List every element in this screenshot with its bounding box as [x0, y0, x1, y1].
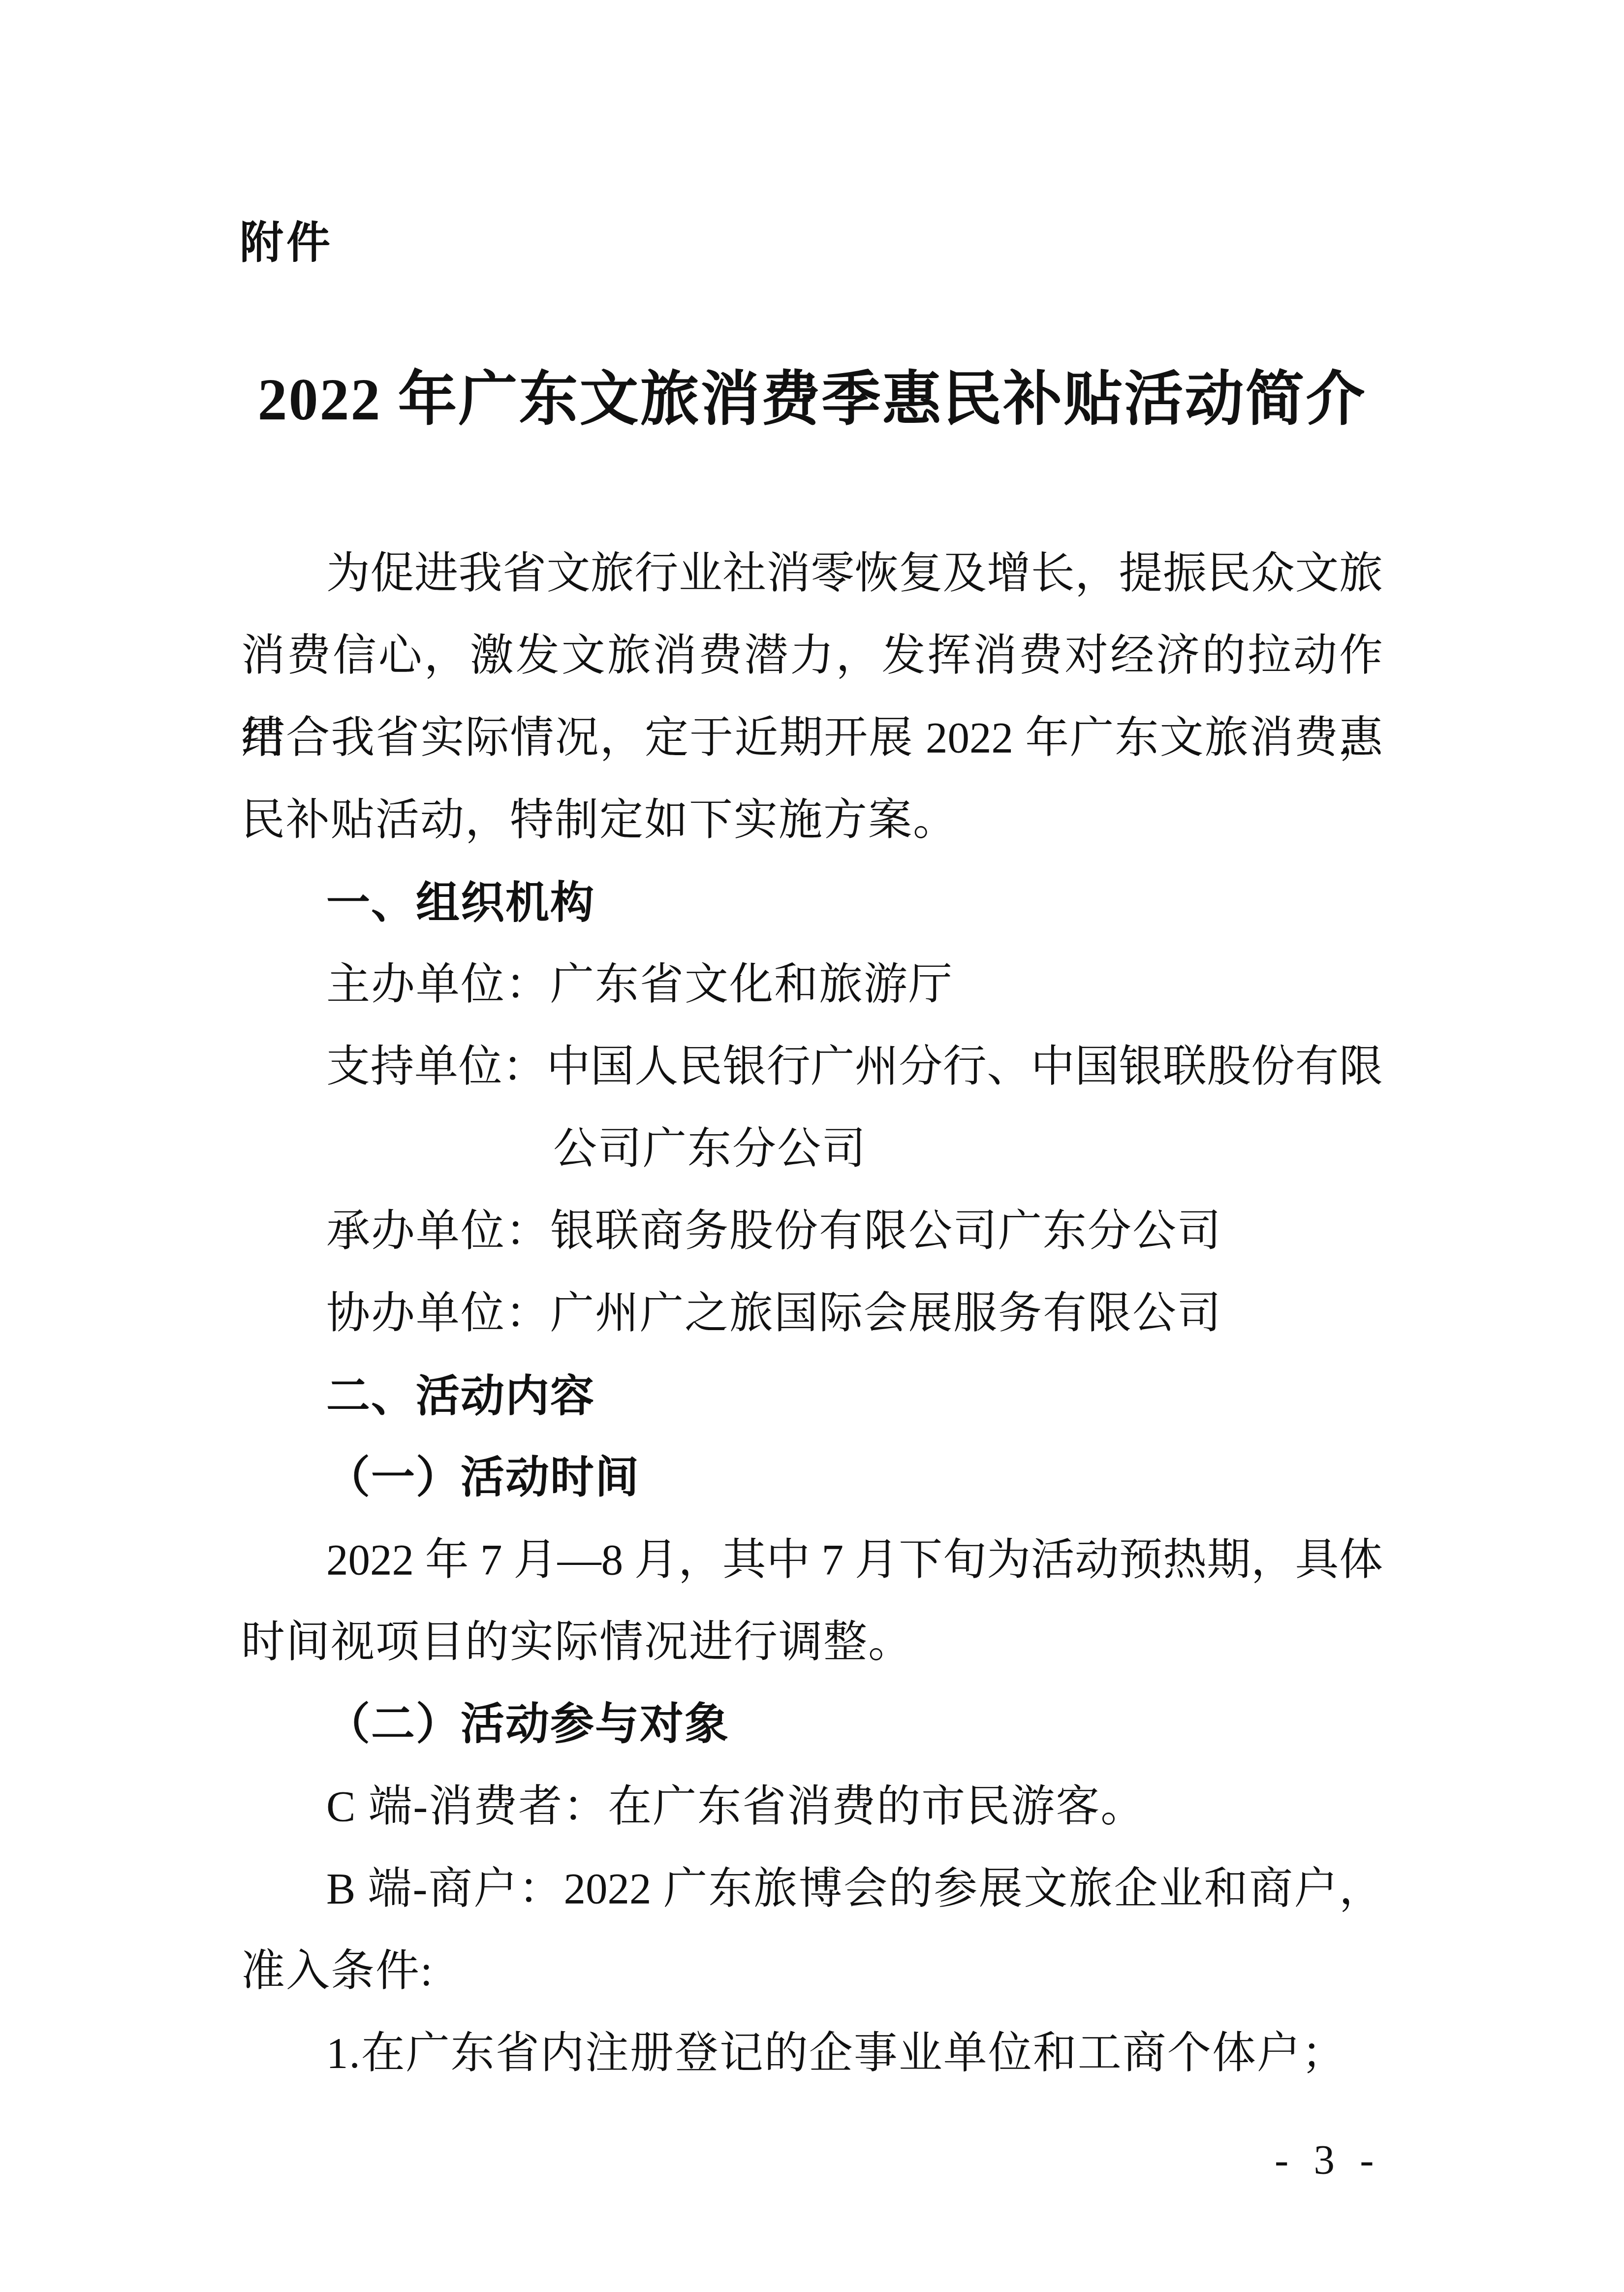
document-line: 为促进我省文旅行业社消零恢复及增长，提振民众文旅	[241, 533, 1383, 615]
document-line: 公司广东分公司	[241, 1108, 1383, 1190]
document-page: 附件 2022 年广东文旅消费季惠民补贴活动简介 为促进我省文旅行业社消零恢复及…	[0, 0, 1624, 2292]
document-line: 承办单位：银联商务股份有限公司广东分公司	[241, 1190, 1383, 1273]
document-line: 结合我省实际情况，定于近期开展 2022 年广东文旅消费惠	[241, 697, 1383, 779]
page-number: - 3 -	[1275, 2135, 1376, 2185]
document-line: 民补贴活动，特制定如下实施方案。	[241, 779, 1383, 861]
attachment-label: 附件	[240, 215, 333, 269]
document-line: （一）活动时间	[241, 1437, 1383, 1519]
document-line: C 端-消费者：在广东省消费的市民游客。	[241, 1766, 1383, 1848]
document-line: 主办单位：广东省文化和旅游厅	[241, 944, 1383, 1026]
document-line: 消费信心，激发文旅消费潜力，发挥消费对经济的拉动作用，	[241, 615, 1383, 697]
document-line: 支持单位：中国人民银行广州分行、中国银联股份有限	[241, 1026, 1383, 1108]
document-line: 时间视项目的实际情况进行调整。	[241, 1601, 1383, 1684]
document-line: 二、活动内容	[241, 1355, 1383, 1437]
document-line: 一、组织机构	[241, 861, 1383, 944]
page-title: 2022 年广东文旅消费季惠民补贴活动简介	[241, 365, 1383, 434]
document-line: 2022 年 7 月—8 月，其中 7 月下旬为活动预热期，具体	[241, 1519, 1383, 1601]
document-line: 协办单位：广州广之旅国际会展服务有限公司	[241, 1273, 1383, 1355]
document-body: 为促进我省文旅行业社消零恢复及增长，提振民众文旅消费信心，激发文旅消费潜力，发挥…	[241, 533, 1383, 2095]
document-line: （二）活动参与对象	[241, 1684, 1383, 1766]
document-line: 准入条件:	[241, 1930, 1383, 2012]
document-line: 1.在广东省内注册登记的企事业单位和工商个体户；	[241, 2012, 1383, 2095]
document-line: B 端-商户：2022 广东旅博会的参展文旅企业和商户，	[241, 1848, 1383, 1930]
